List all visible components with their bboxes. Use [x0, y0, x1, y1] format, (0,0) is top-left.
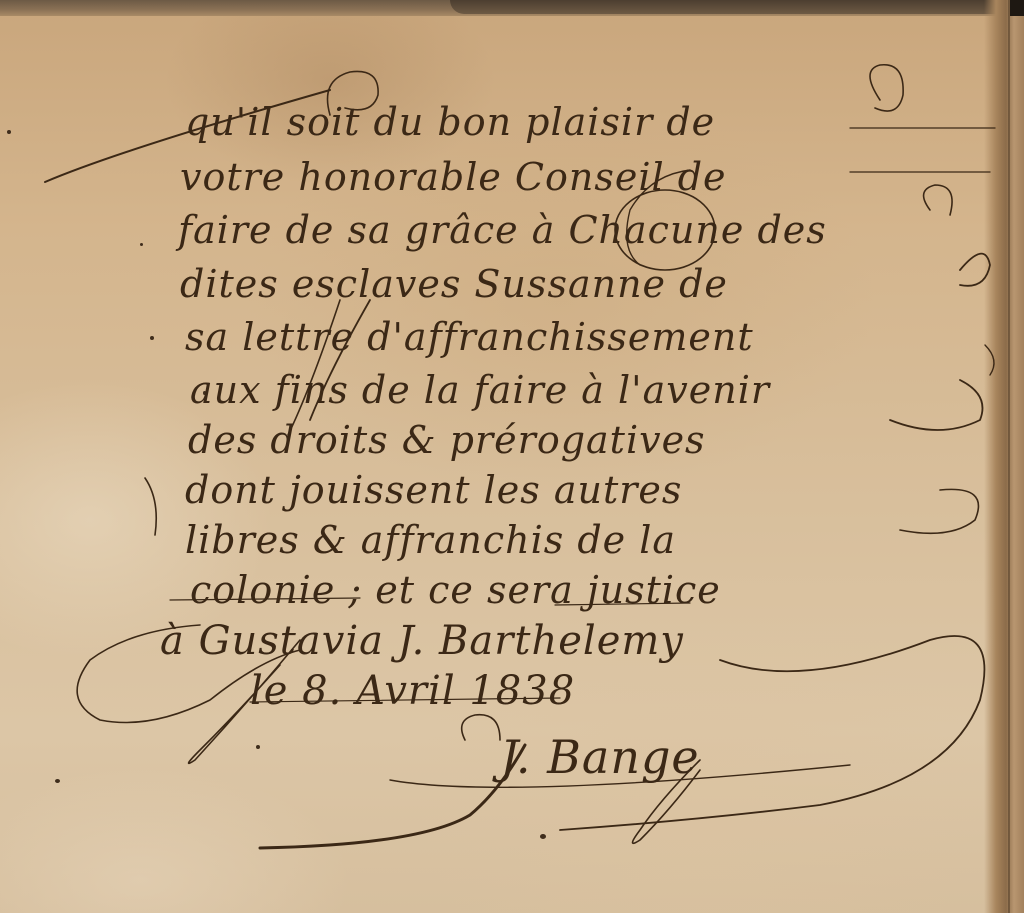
loop-des — [924, 185, 952, 215]
loop-line-6 — [890, 380, 983, 430]
manuscript-line-4: dites esclaves Sussanne de — [180, 262, 728, 306]
page-top-shadow — [450, 0, 1010, 14]
bracket-left — [145, 478, 156, 535]
ink-spot — [540, 834, 546, 839]
ink-spot — [7, 130, 11, 134]
manuscript-line-5: sa lettre d'affranchissement — [185, 315, 754, 359]
ink-spot — [150, 336, 154, 340]
loop-line-9 — [900, 489, 978, 533]
binding-corner — [1010, 0, 1024, 16]
closing-place-line: à Gustavia J. Barthelemy — [160, 618, 684, 664]
manuscript-line-1: qu'il soit du bon plaisir de — [185, 100, 715, 144]
loop-de-1 — [870, 65, 903, 111]
binding-edge — [984, 0, 1024, 913]
manuscript-line-7: des droits & prérogatives — [188, 418, 706, 462]
manuscript-line-3: faire de sa grâce à Chacune des — [178, 208, 827, 252]
manuscript-line-2: votre honorable Conseil de — [180, 155, 727, 199]
ink-spot — [256, 745, 260, 749]
ink-spot — [140, 243, 143, 246]
manuscript-line-9: libres & affranchis de la — [185, 518, 676, 562]
signature: J. Bange — [500, 730, 700, 784]
ink-spot — [55, 779, 60, 783]
signature-loop — [462, 715, 500, 740]
signature-swash — [260, 745, 525, 848]
closing-date-line: le 8. Avril 1838 — [250, 668, 575, 714]
manuscript-scan: qu'il soit du bon plaisir de votre honor… — [0, 0, 1024, 913]
manuscript-line-10: colonie ; et ce sera justice — [190, 568, 721, 612]
manuscript-line-6: aux fins de la faire à l'avenir — [190, 368, 770, 412]
manuscript-line-8: dont jouissent les autres — [185, 468, 682, 512]
binding-fold-line — [1008, 0, 1010, 913]
